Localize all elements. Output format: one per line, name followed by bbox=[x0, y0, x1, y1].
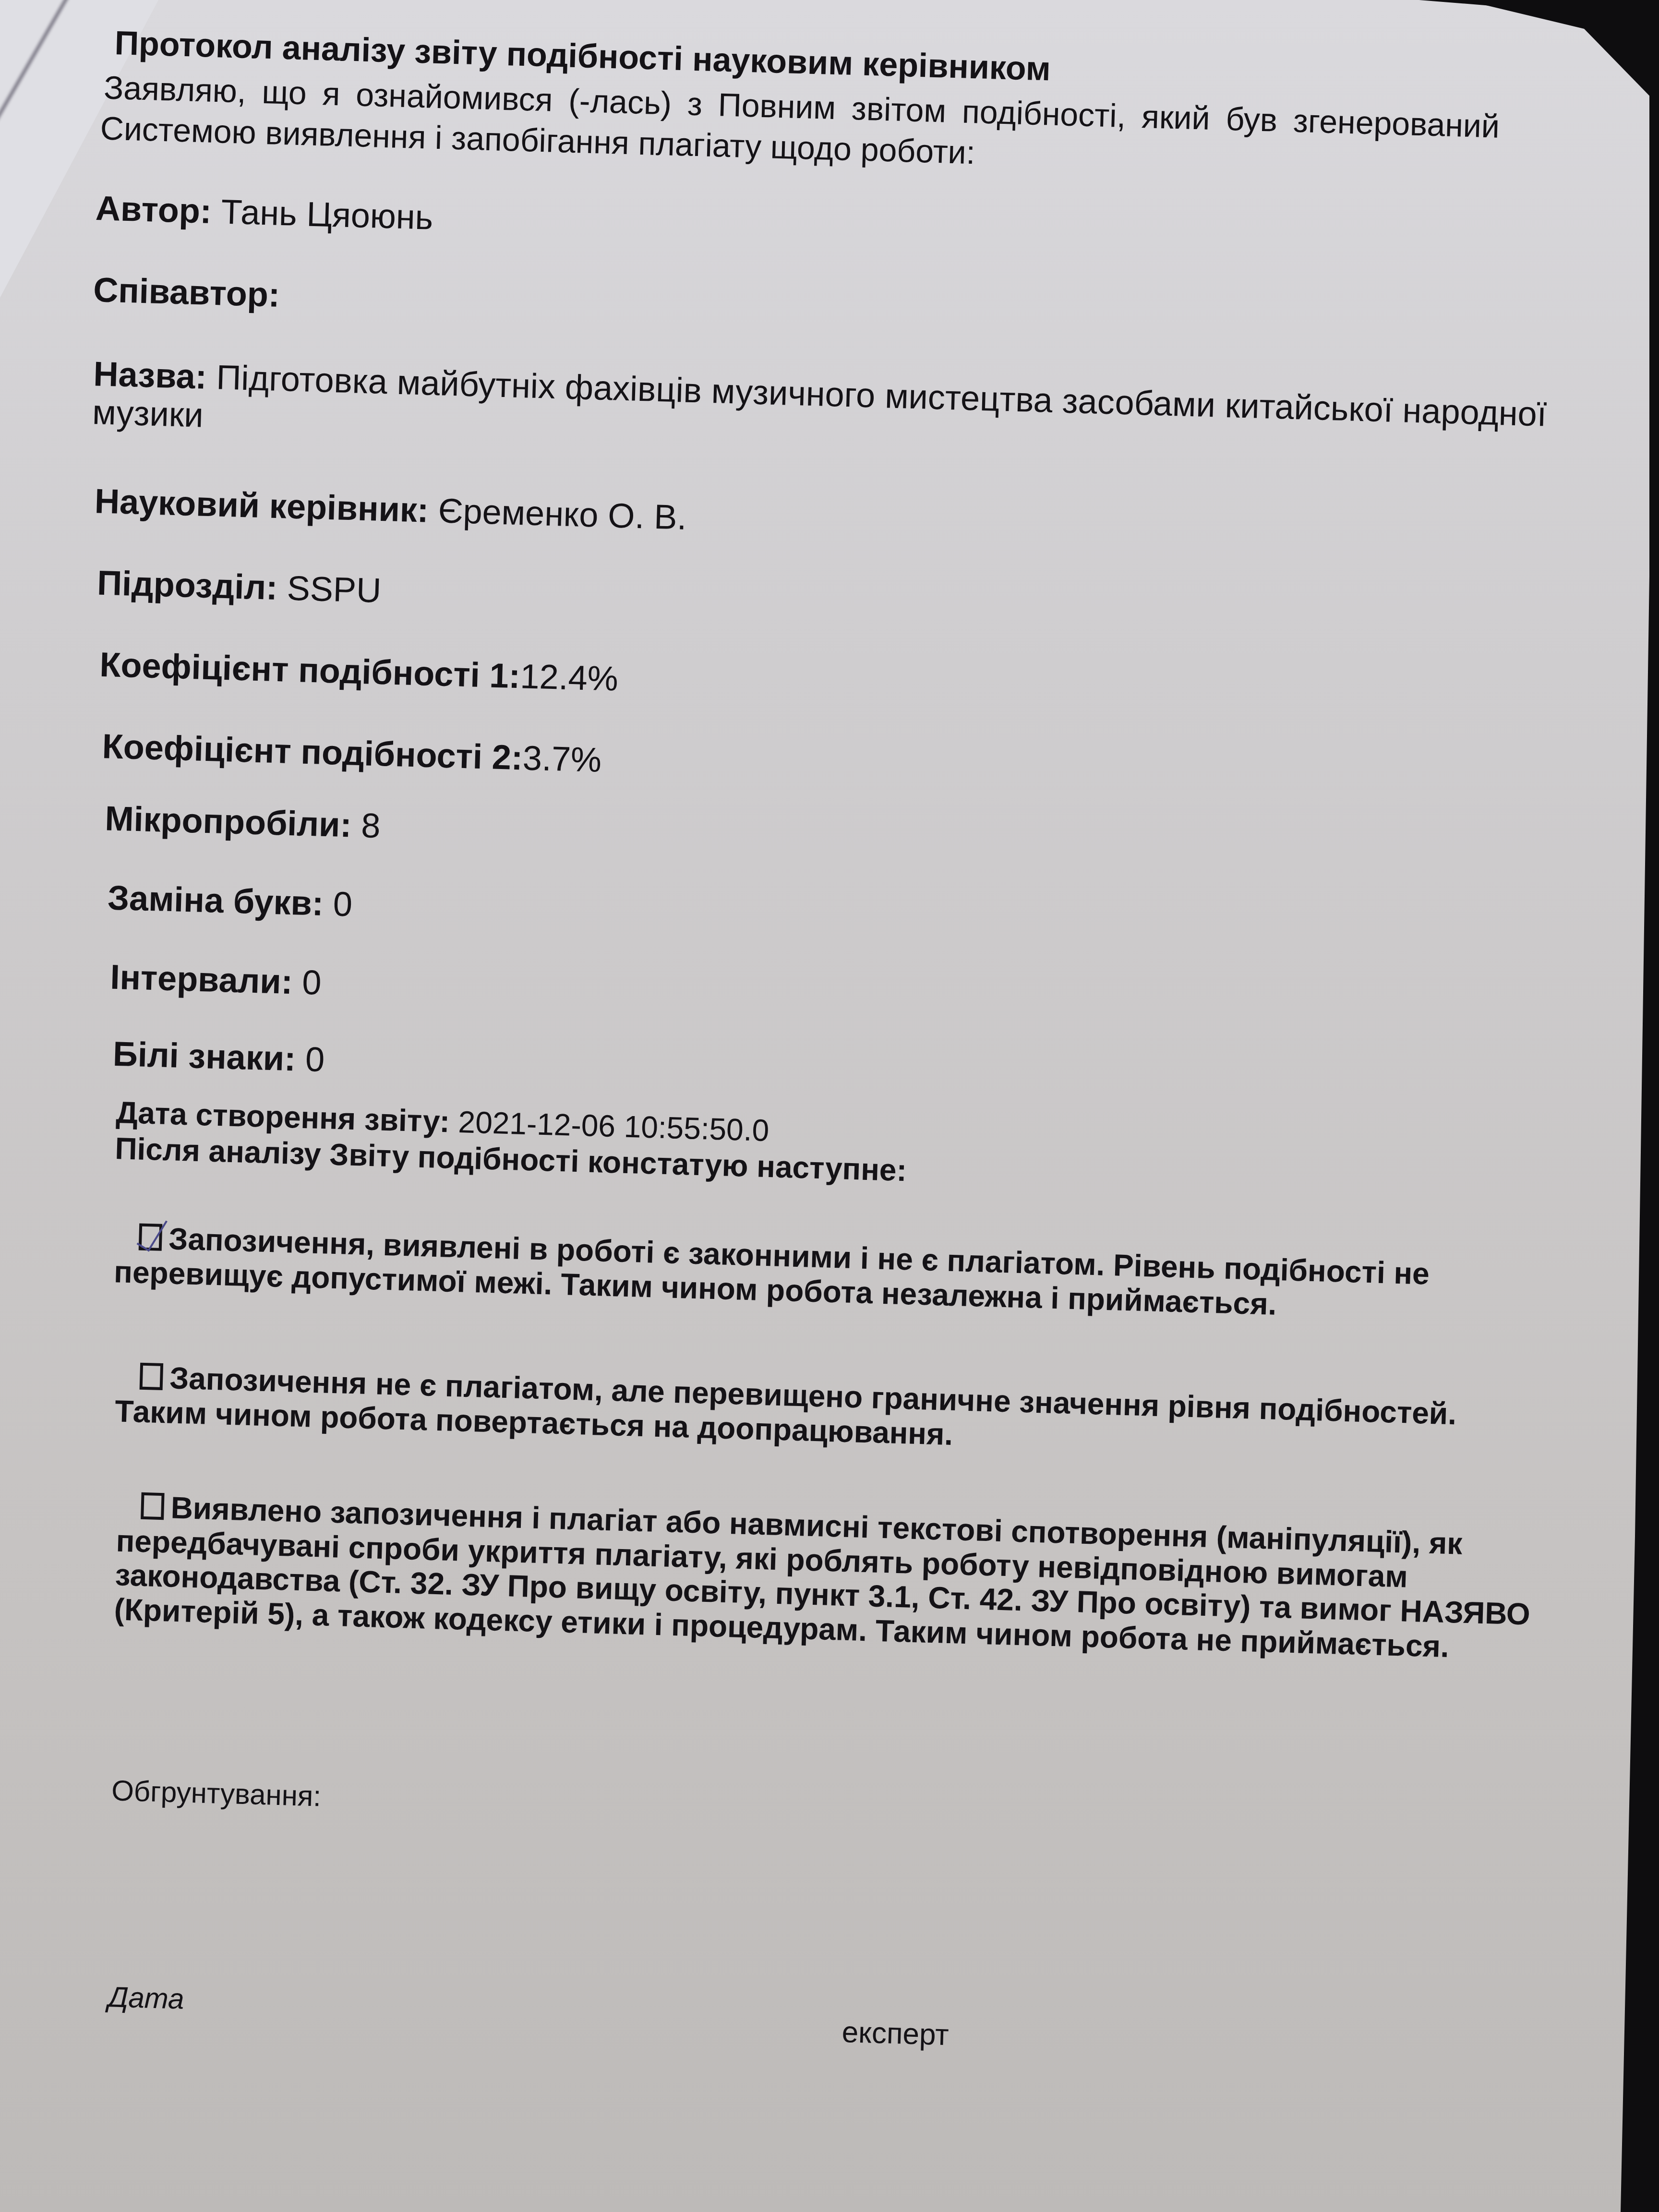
author-value: Тань Цяоюнь bbox=[221, 192, 434, 237]
field-letter-replacement: Заміна букв: 0 bbox=[107, 879, 353, 924]
title-value-cont: музики bbox=[92, 394, 204, 435]
division-value: SSPU bbox=[287, 569, 382, 610]
field-division: Підрозділ: SSPU bbox=[96, 565, 382, 611]
microspaces-value: 8 bbox=[361, 806, 381, 845]
similarity-2-value: 3.7% bbox=[522, 739, 602, 780]
field-microspaces: Мікропробіли: 8 bbox=[105, 800, 381, 845]
checkbox-checked-icon[interactable] bbox=[139, 1223, 163, 1250]
date-label: Дата bbox=[108, 1981, 184, 2015]
checkbox-empty-icon[interactable] bbox=[140, 1363, 164, 1390]
intervals-value: 0 bbox=[301, 963, 322, 1002]
justification-label: Обгрунтування: bbox=[111, 1775, 322, 1812]
expert-label: експерт bbox=[842, 2016, 950, 2052]
white-signs-value: 0 bbox=[305, 1040, 325, 1079]
field-white-signs: Білі знаки: 0 bbox=[112, 1035, 325, 1079]
field-coauthor: Співавтор: bbox=[93, 271, 280, 314]
checkbox-empty-icon[interactable] bbox=[141, 1492, 165, 1520]
similarity-1-value: 12.4% bbox=[520, 657, 619, 698]
field-intervals: Інтервали: 0 bbox=[109, 959, 322, 1002]
letter-replacement-value: 0 bbox=[333, 885, 353, 924]
supervisor-value: Єременко О. В. bbox=[438, 492, 687, 537]
